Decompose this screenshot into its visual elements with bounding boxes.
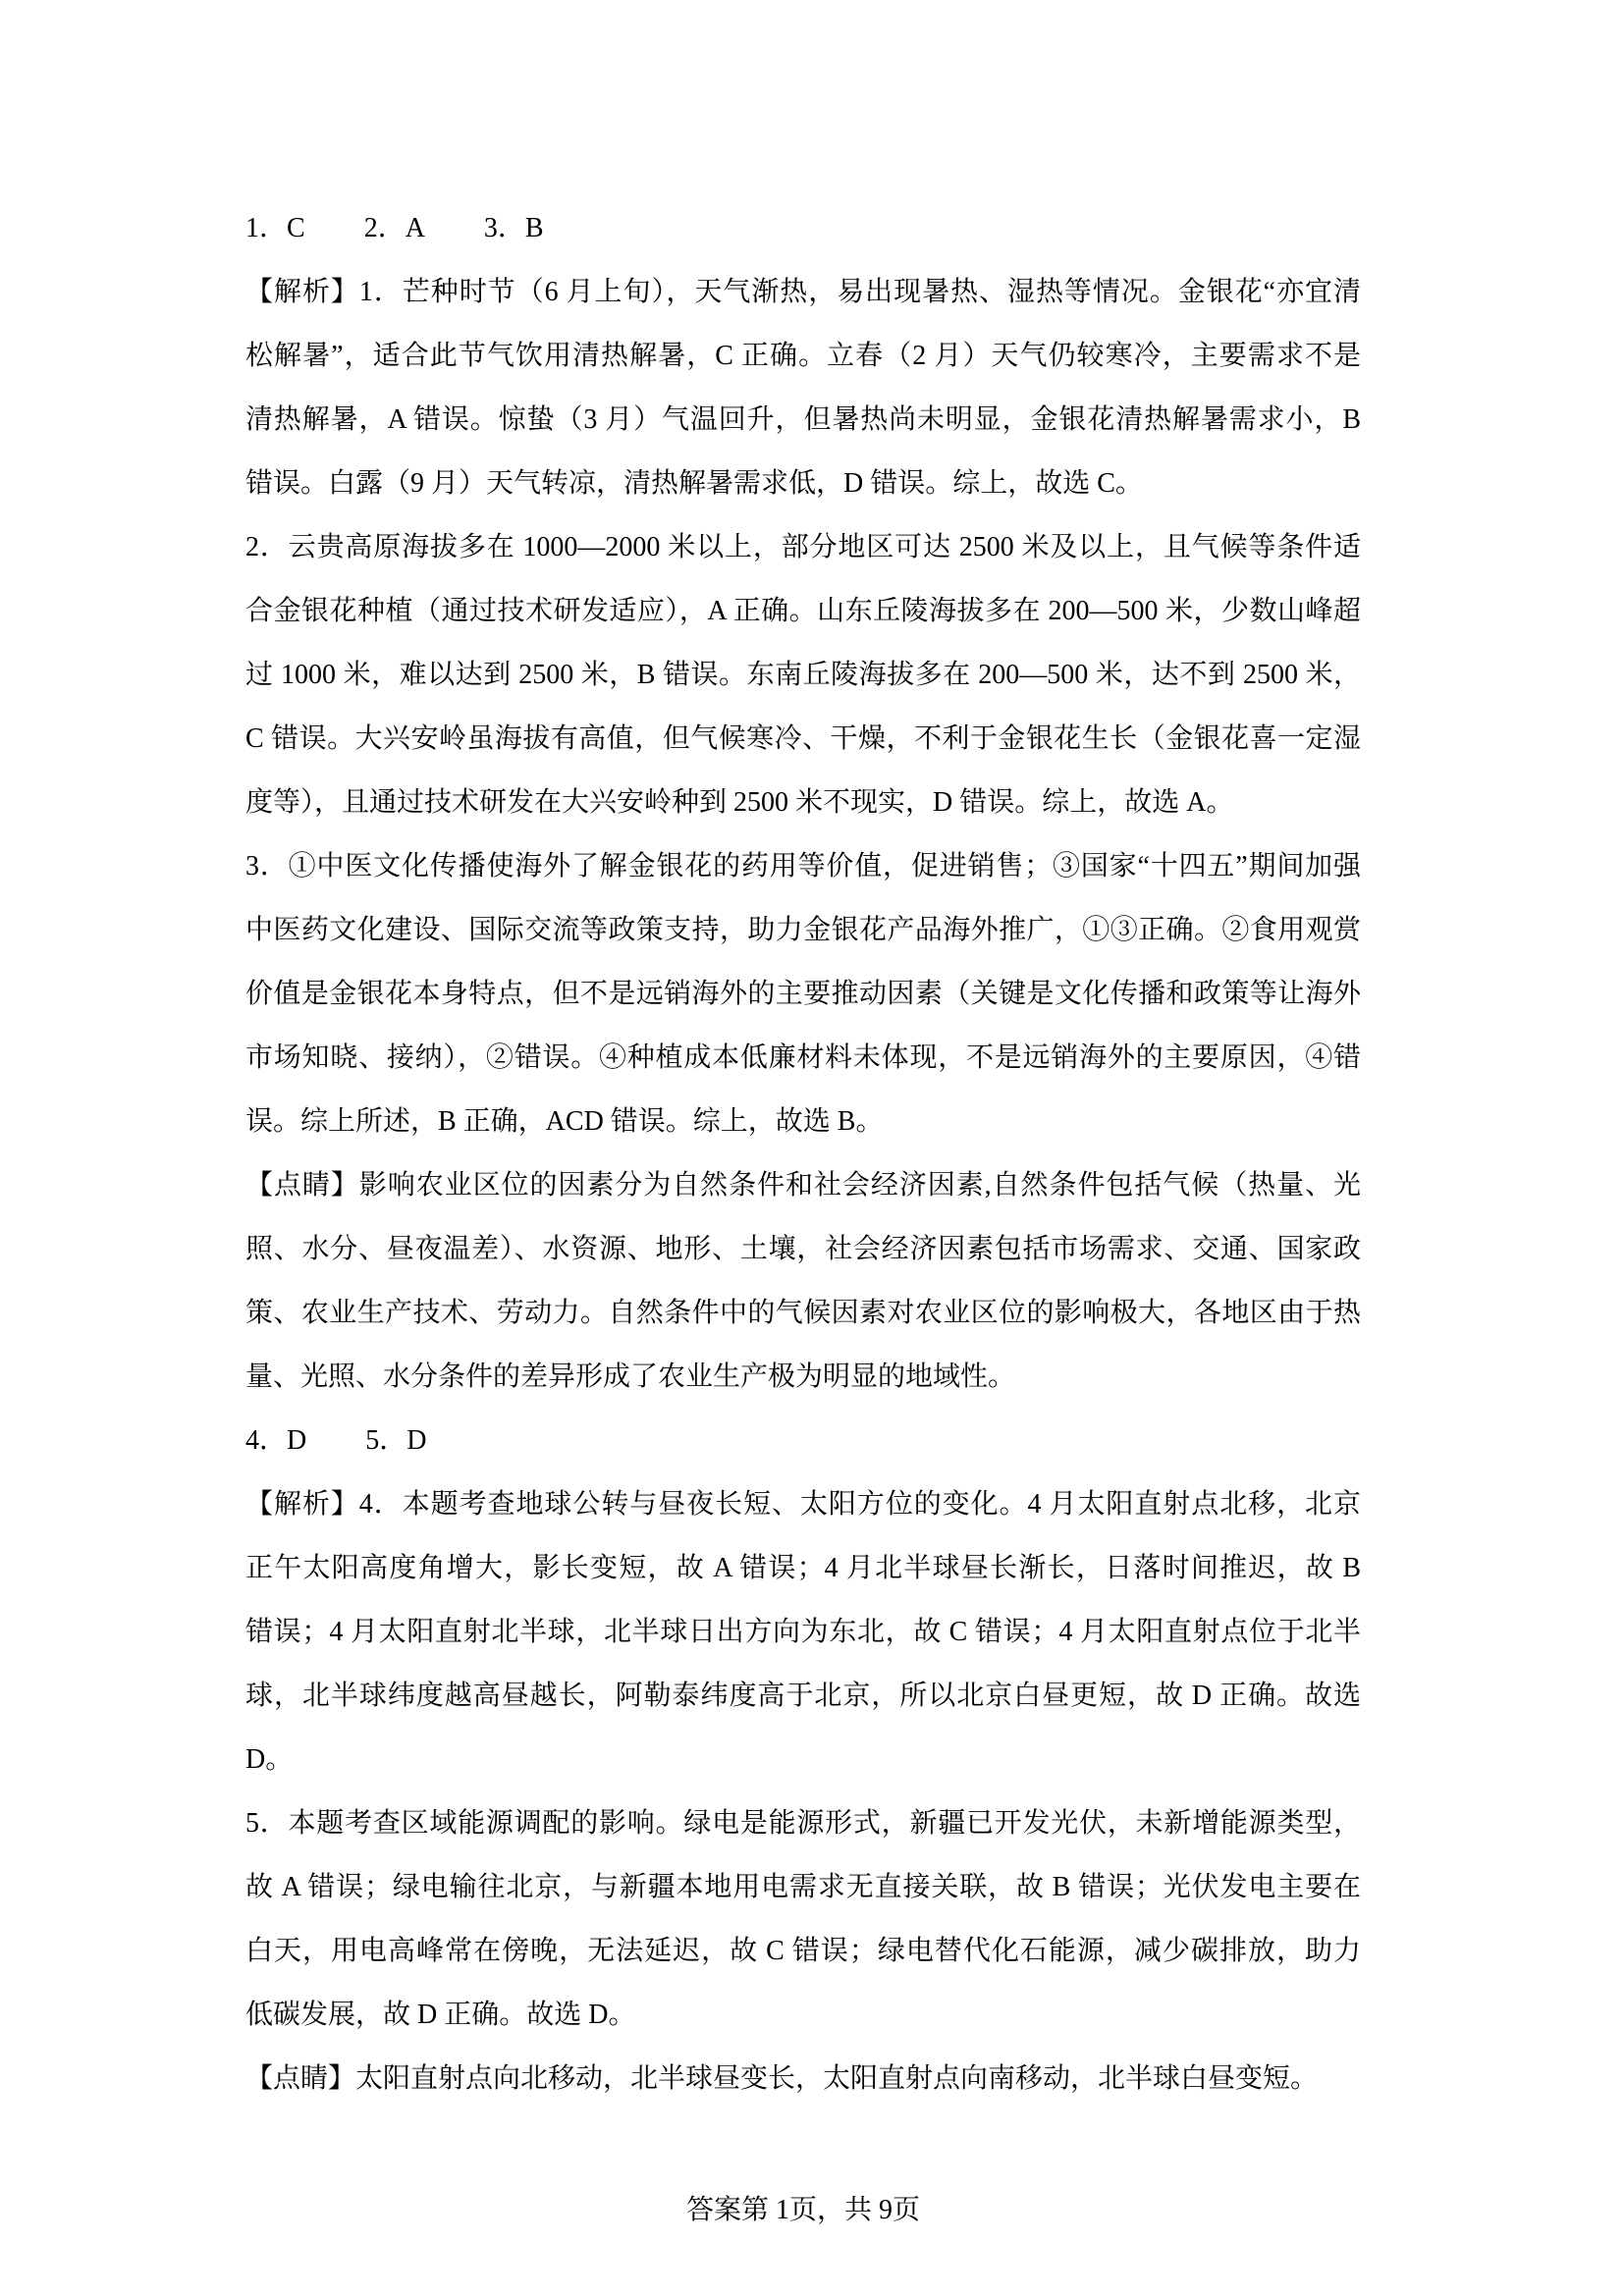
- text-line: 正午太阳高度角增大，影长变短，故 A 错误；4 月北半球昼长渐长，日落时间推迟，…: [245, 1536, 1361, 1600]
- text-line: 市场知晓、接纳），②错误。④种植成本低廉材料未体现，不是远销海外的主要原因，④错: [245, 1026, 1361, 1090]
- text-line: 【点睛】影响农业区位的因素分为自然条件和社会经济因素,自然条件包括气候（热量、光: [245, 1153, 1361, 1217]
- page-number-text: 答案第 1页，共 9页: [686, 2195, 920, 2225]
- answer-document-page: 1．C2．A3．B 【解析】1．芒种时节（6 月上旬），天气渐热，易出现暑热、湿…: [0, 0, 1624, 2296]
- analysis-paragraph-q4: 【解析】4．本题考查地球公转与昼夜长短、太阳方位的变化。4 月太阳直射点北移，北…: [245, 1472, 1361, 1791]
- text-line: 5．本题考查区域能源调配的影响。绿电是能源形式，新疆已开发光伏，未新增能源类型，: [245, 1791, 1361, 1855]
- text-line: 中医药文化建设、国际交流等政策支持，助力金银花产品海外推广，①③正确。②食用观赏: [245, 898, 1361, 962]
- analysis-paragraph-q3: 3．①中医文化传播使海外了解金银花的药用等价值，促进销售；③国家“十四五”期间加…: [245, 834, 1361, 1153]
- text-line: 白天，用电高峰常在傍晚，无法延迟，故 C 错误；绿电替代化石能源，减少碳排放，助…: [245, 1919, 1361, 1983]
- text-line: 策、农业生产技术、劳动力。自然条件中的气候因素对农业区位的影响极大，各地区由于热: [245, 1281, 1361, 1345]
- text-line: 过 1000 米，难以达到 2500 米，B 错误。东南丘陵海拔多在 200—5…: [245, 643, 1361, 707]
- text-line: 误。综上所述，B 正确，ACD 错误。综上，故选 B。: [245, 1090, 1361, 1153]
- analysis-paragraph-q2: 2．云贵高原海拔多在 1000—2000 米以上，部分地区可达 2500 米及以…: [245, 515, 1361, 834]
- text-line: 照、水分、昼夜温差）、水资源、地形、土壤，社会经济因素包括市场需求、交通、国家政: [245, 1217, 1361, 1281]
- text-line: 3．①中医文化传播使海外了解金银花的药用等价值，促进销售；③国家“十四五”期间加…: [245, 834, 1361, 898]
- text-line: 球，北半球纬度越高昼越长，阿勒泰纬度高于北京，所以北京白昼更短，故 D 正确。故…: [245, 1664, 1361, 1728]
- text-line: 错误。白露（9 月）天气转凉，清热解暑需求低，D 错误。综上，故选 C。: [245, 452, 1361, 515]
- answer-item-q2: 2．A: [364, 213, 425, 243]
- analysis-paragraph-q1: 【解析】1．芒种时节（6 月上旬），天气渐热，易出现暑热、湿热等情况。金银花“亦…: [245, 260, 1361, 515]
- text-line: C 错误。大兴安岭虽海拔有高值，但气候寒冷、干燥，不利于金银花生长（金银花喜一定…: [245, 707, 1361, 771]
- text-line: 故 A 错误；绿电输往北京，与新疆本地用电需求无直接关联，故 B 错误；光伏发电…: [245, 1855, 1361, 1919]
- text-line: 清热解暑，A 错误。惊蛰（3 月）气温回升，但暑热尚未明显，金银花清热解暑需求小…: [245, 388, 1361, 452]
- text-line: 松解暑”，适合此节气饮用清热解暑，C 正确。立春（2 月）天气仍较寒冷，主要需求…: [245, 324, 1361, 388]
- text-line: 2．云贵高原海拔多在 1000—2000 米以上，部分地区可达 2500 米及以…: [245, 515, 1361, 579]
- text-line: 【点睛】太阳直射点向北移动，北半球昼变长，太阳直射点向南移动，北半球白昼变短。: [245, 2047, 1361, 2110]
- text-line: 合金银花种植（通过技术研发适应），A 正确。山东丘陵海拔多在 200—500 米…: [245, 579, 1361, 643]
- answer-item-q1: 1．C: [245, 213, 305, 243]
- key-tip-paragraph-agriculture: 【点睛】影响农业区位的因素分为自然条件和社会经济因素,自然条件包括气候（热量、光…: [245, 1153, 1361, 1409]
- answer-key-row-q4-5: 4．D5．D: [245, 1409, 1361, 1472]
- text-line: 【解析】1．芒种时节（6 月上旬），天气渐热，易出现暑热、湿热等情况。金银花“亦…: [245, 260, 1361, 324]
- answer-item-q3: 3．B: [484, 213, 544, 243]
- answer-key-row-q1-3: 1．C2．A3．B: [245, 196, 1361, 260]
- answer-item-q5: 5．D: [365, 1425, 426, 1456]
- text-line: 量、光照、水分条件的差异形成了农业生产极为明显的地域性。: [245, 1345, 1361, 1409]
- text-line: 价值是金银花本身特点，但不是远销海外的主要推动因素（关键是文化传播和政策等让海外: [245, 962, 1361, 1026]
- text-line: 【解析】4．本题考查地球公转与昼夜长短、太阳方位的变化。4 月太阳直射点北移，北…: [245, 1472, 1361, 1536]
- text-line: 低碳发展，故 D 正确。故选 D。: [245, 1983, 1361, 2047]
- answer-item-q4: 4．D: [245, 1425, 306, 1456]
- answer-document-content: 1．C2．A3．B 【解析】1．芒种时节（6 月上旬），天气渐热，易出现暑热、湿…: [245, 196, 1361, 2110]
- text-line: 度等），且通过技术研发在大兴安岭种到 2500 米不现实，D 错误。综上，故选 …: [245, 771, 1361, 834]
- analysis-paragraph-q5: 5．本题考查区域能源调配的影响。绿电是能源形式，新疆已开发光伏，未新增能源类型，…: [245, 1791, 1361, 2047]
- key-tip-paragraph-sun-declination: 【点睛】太阳直射点向北移动，北半球昼变长，太阳直射点向南移动，北半球白昼变短。: [245, 2047, 1361, 2110]
- page-footer: 答案第 1页，共 9页: [245, 2191, 1361, 2230]
- text-line: 错误；4 月太阳直射北半球，北半球日出方向为东北，故 C 错误；4 月太阳直射点…: [245, 1600, 1361, 1664]
- text-line: D。: [245, 1728, 1361, 1791]
